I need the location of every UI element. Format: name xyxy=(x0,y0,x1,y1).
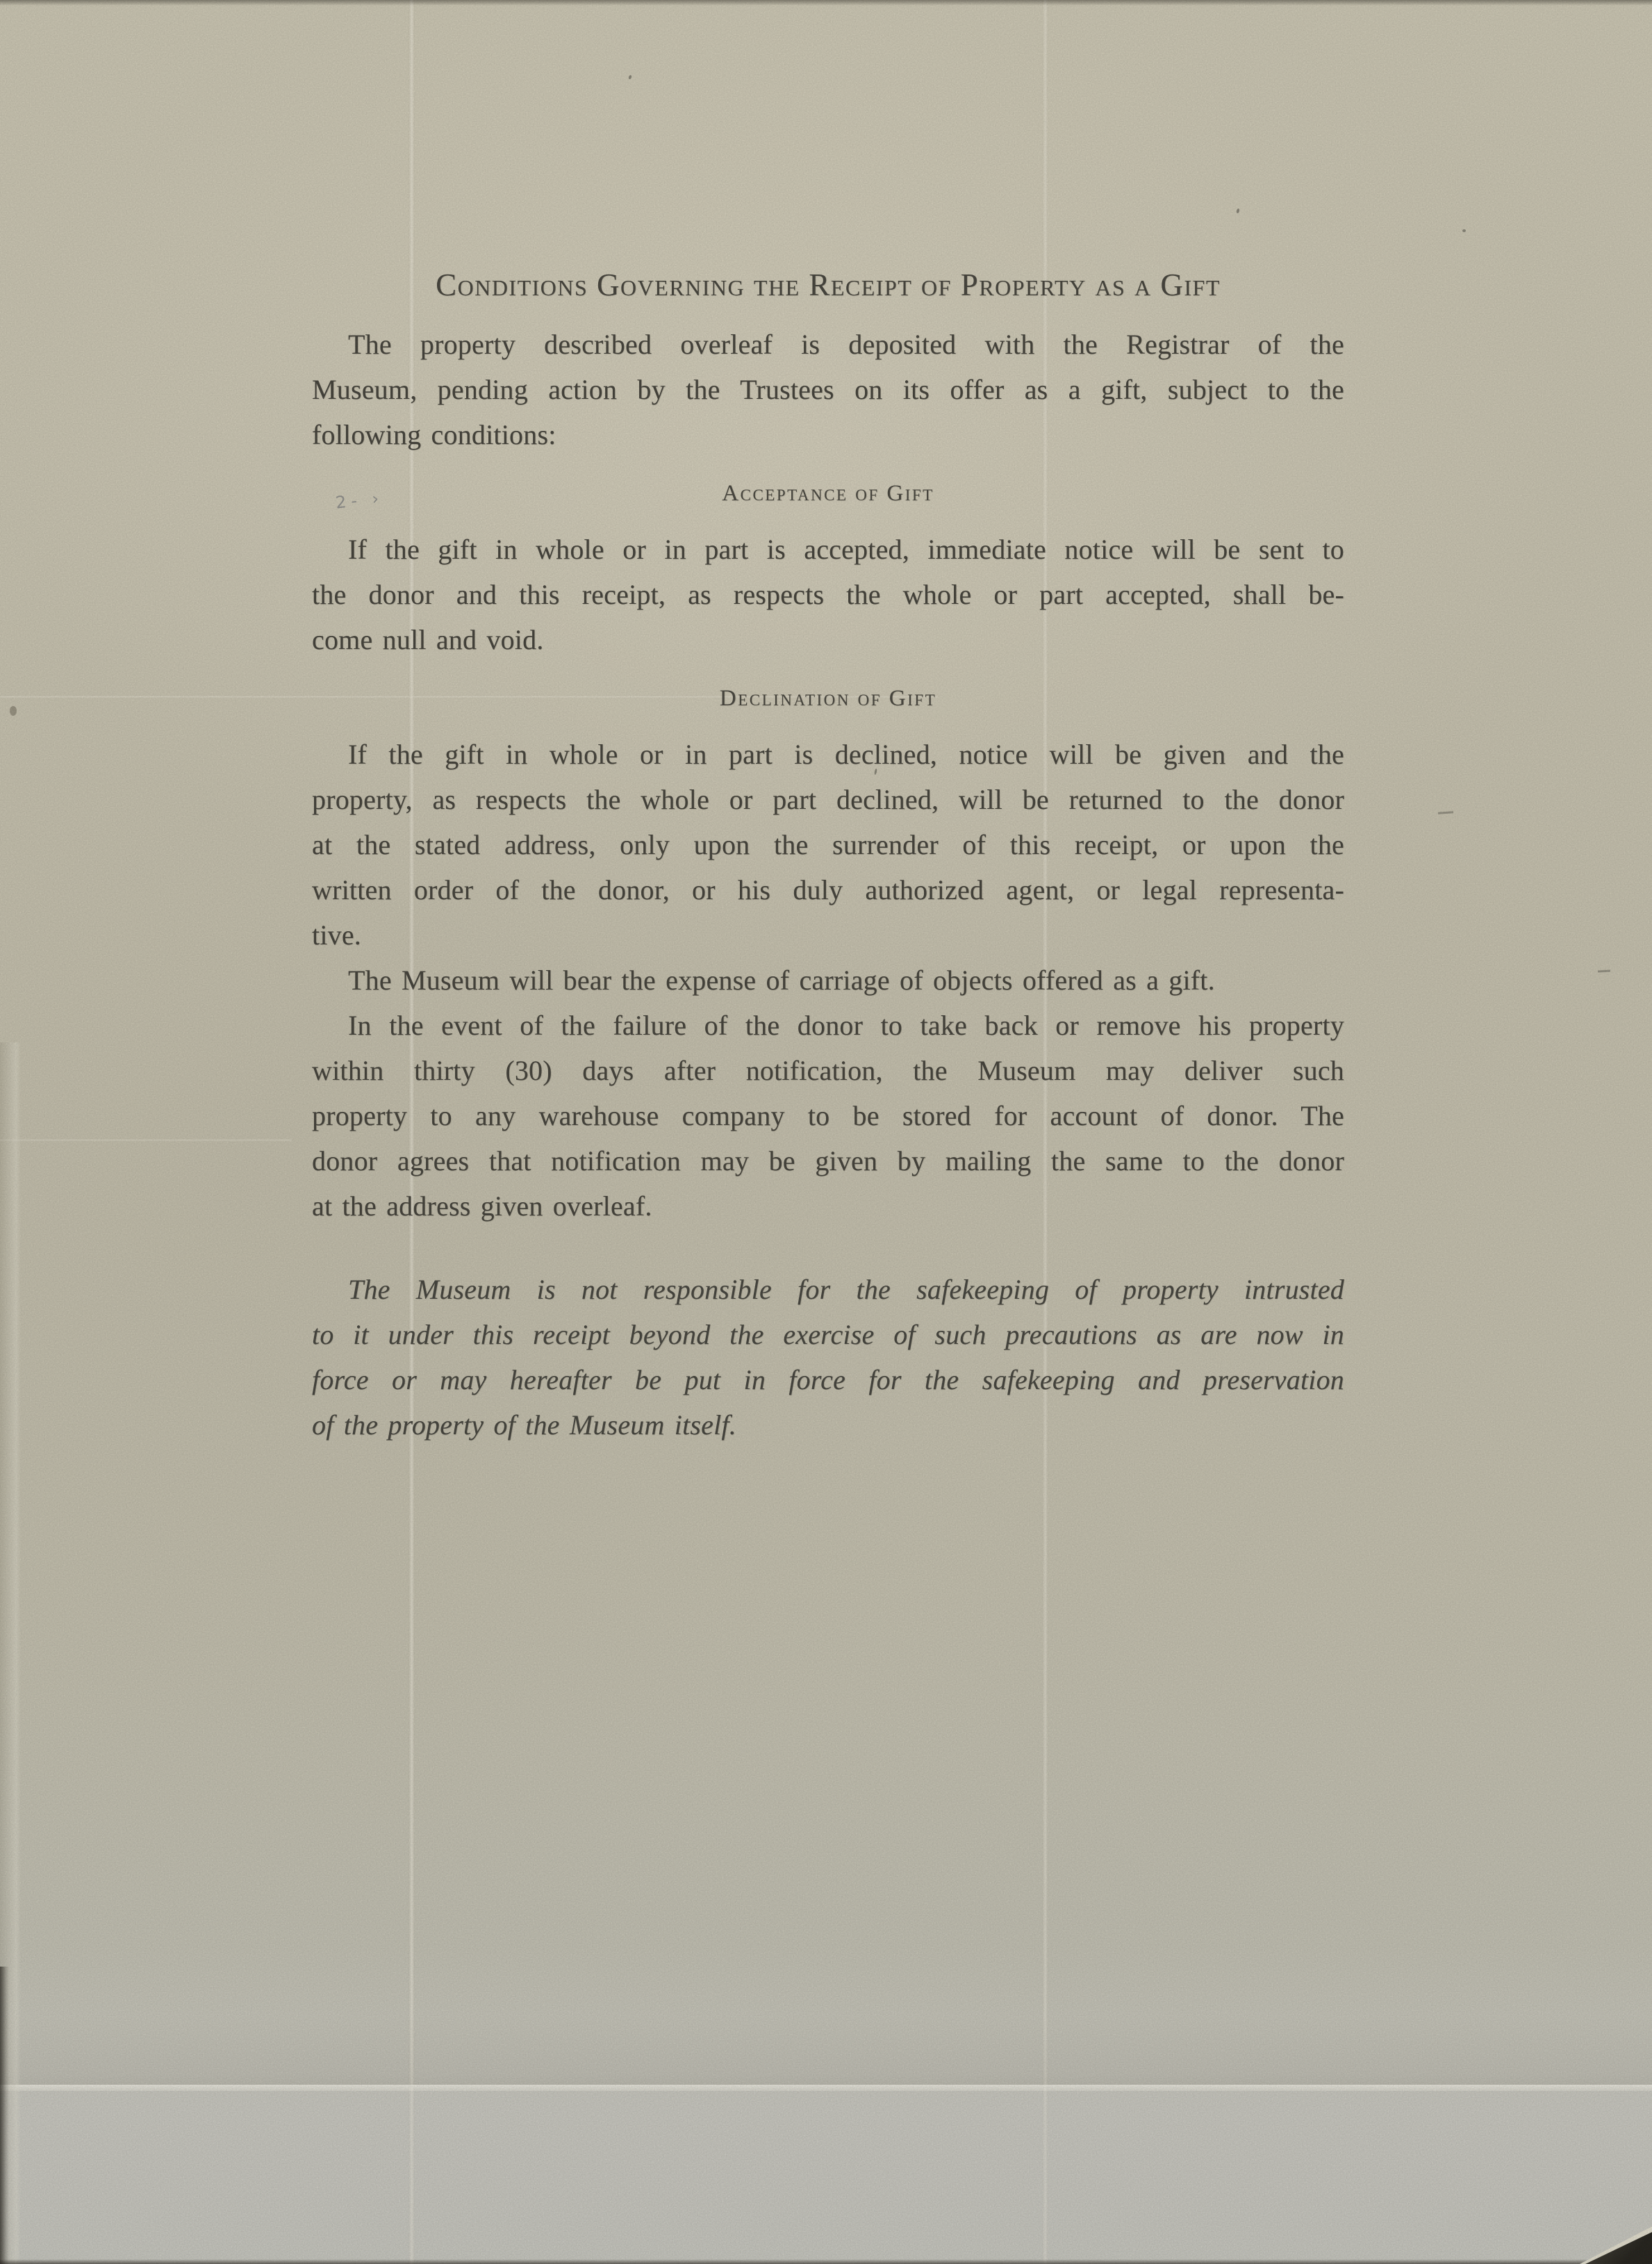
text-line: written order of the donor, or his duly … xyxy=(312,867,1344,912)
section-heading: Declination of Gift xyxy=(312,676,1344,721)
text-line: force or may hereafter be put in force f… xyxy=(312,1357,1344,1402)
text-line: In the event of the failure of the donor… xyxy=(312,1003,1344,1048)
paper-edge-left-shadow xyxy=(0,1967,9,2264)
scan-blot xyxy=(10,706,17,716)
document-blocks: The property described overleaf is depos… xyxy=(312,322,1344,1447)
text-line: donor agrees that notification may be gi… xyxy=(312,1138,1344,1183)
paper-edge-bottom xyxy=(0,2259,1652,2264)
paragraph: The Museum is not responsible for the sa… xyxy=(312,1267,1344,1447)
text-line: If the gift in whole or in part is accep… xyxy=(312,527,1344,572)
paragraph: The property described overleaf is depos… xyxy=(312,322,1344,457)
text-line: The Museum is not responsible for the sa… xyxy=(312,1267,1344,1312)
text-line: property, as respects the whole or part … xyxy=(312,777,1344,822)
text-line: The Museum will bear the expense of carr… xyxy=(312,958,1344,1003)
document-title: Conditions Governing the Receipt of Prop… xyxy=(312,261,1344,309)
paragraph: In the event of the failure of the donor… xyxy=(312,1003,1344,1229)
paragraph: If the gift in whole or in part is accep… xyxy=(312,527,1344,662)
scanned-document-page: Conditions Governing the Receipt of Prop… xyxy=(0,0,1652,2264)
paragraph: The Museum will bear the expense of carr… xyxy=(312,958,1344,1003)
text-line: The property described overleaf is depos… xyxy=(312,322,1344,367)
paper-edge-top xyxy=(0,0,1652,6)
text-line: at the address given overleaf. xyxy=(312,1183,1344,1229)
text-line: Museum, pending action by the Trustees o… xyxy=(312,367,1344,412)
text-line: If the gift in whole or in part is decli… xyxy=(312,732,1344,777)
document-content: Conditions Governing the Receipt of Prop… xyxy=(312,0,1344,1447)
scan-speck xyxy=(1462,229,1466,232)
text-line: property to any warehouse company to be … xyxy=(312,1093,1344,1138)
section-heading: Acceptance of Gift xyxy=(312,471,1344,516)
text-line: come null and void. xyxy=(312,617,1344,662)
pencil-annotation: 2- › xyxy=(335,489,384,511)
text-line: following conditions: xyxy=(312,412,1344,457)
paragraph: If the gift in whole or in part is decli… xyxy=(312,732,1344,958)
text-line: within thirty (30) days after notificati… xyxy=(312,1048,1344,1093)
text-line: the donor and this receipt, as respects … xyxy=(312,572,1344,617)
text-line: of the property of the Museum itself. xyxy=(312,1402,1344,1447)
text-line: tive. xyxy=(312,912,1344,958)
text-line: at the stated address, only upon the sur… xyxy=(312,822,1344,867)
text-line: to it under this receipt beyond the exer… xyxy=(312,1312,1344,1357)
